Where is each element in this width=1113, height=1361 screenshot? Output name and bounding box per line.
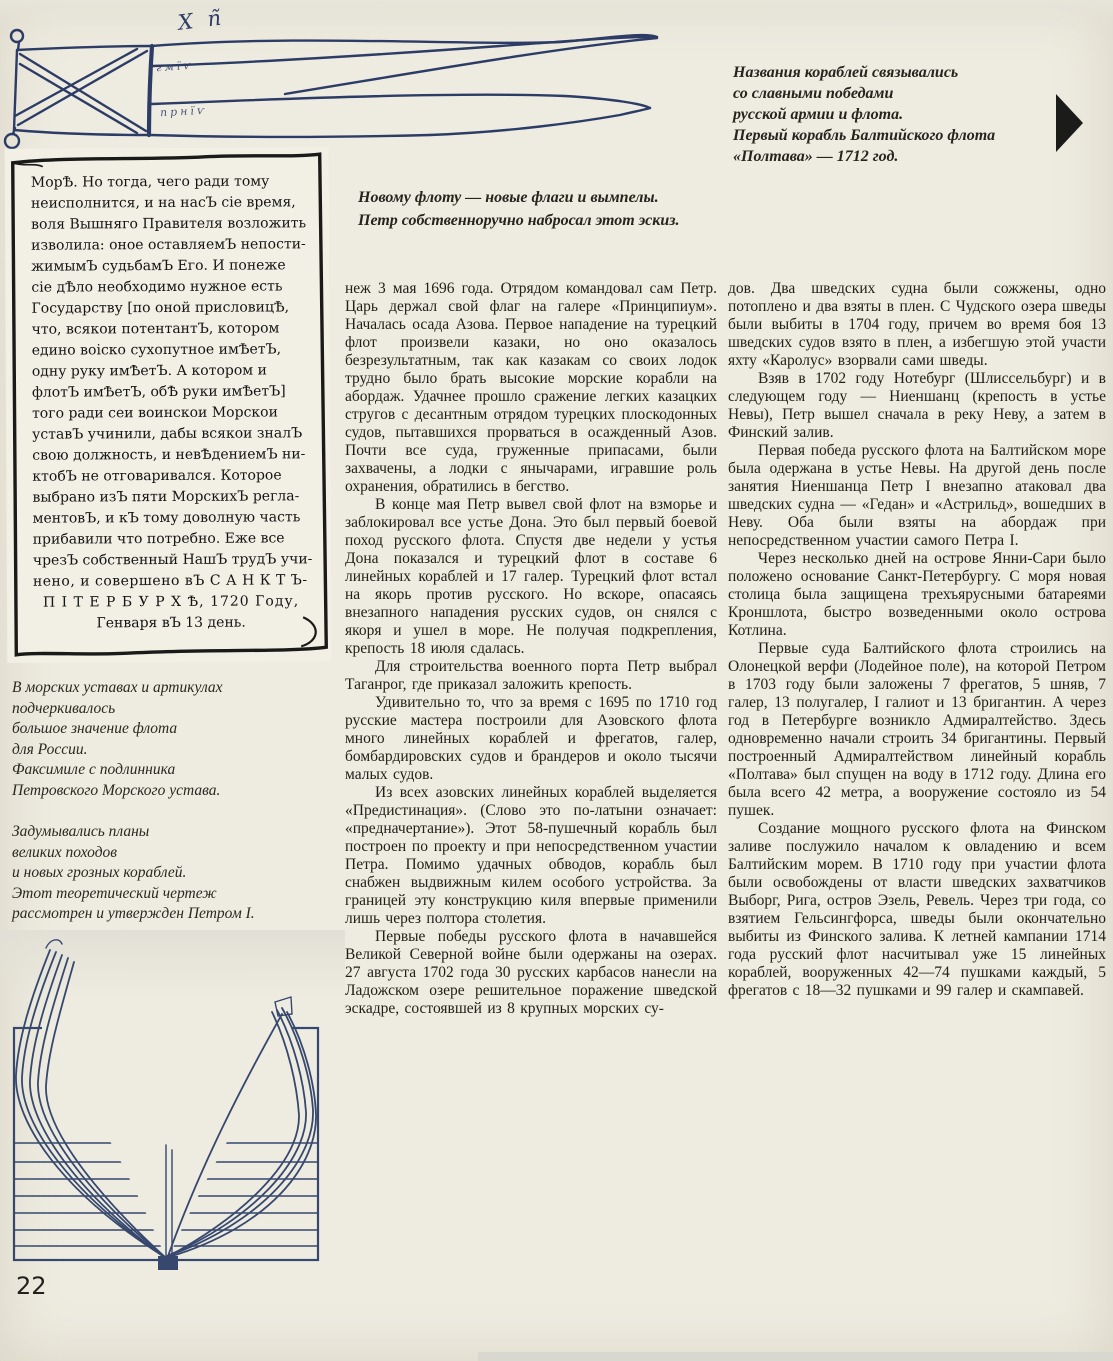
pc-line: русской армии и флота. xyxy=(733,104,1063,125)
ms-line: изволила: оное оставляемЪ непости- xyxy=(31,234,307,256)
sketch-caption: Новому флоту — новые флаги и вымпелы.Пет… xyxy=(358,186,788,232)
sketch-handwriting-lower: прнїѵ xyxy=(160,104,208,119)
ms-line: МорѢ. Но тогда, чего ради тому xyxy=(31,171,307,193)
sc-line: Новому флоту — новые флаги и вымпелы. xyxy=(358,186,788,209)
para: Взяв в 1702 году Нотебург (Шлиссельбург)… xyxy=(728,370,1106,442)
lc-line: Петровского Морского устава. xyxy=(12,781,347,802)
para: Удивительно то, что за время с 1695 по 1… xyxy=(345,694,717,784)
scan-edge-strip xyxy=(478,1352,1113,1361)
lc-line: рассмотрен и утвержден Петром I. xyxy=(12,904,347,925)
para: дов. Два шведских судна были сожжены, од… xyxy=(728,280,1106,370)
lc-line: и новых грозных кораблей. xyxy=(12,863,347,884)
facsimile-caption: В морских уставах и артикулахподчеркивал… xyxy=(12,678,347,801)
ms-line: выбрано изЪ пяти МорскихЪ регла- xyxy=(32,486,308,508)
manuscript-text: МорѢ. Но тогда, чего ради томунеисполнит… xyxy=(31,171,309,634)
para: Через несколько дней на острове Янни-Сар… xyxy=(728,550,1106,640)
ms-line: ктобЪ не отговаривался. Которое xyxy=(32,465,308,487)
book-page: Х п̃ гмїѵ прнїѵ Названия кораблей связыв… xyxy=(0,0,1113,1361)
lc-line: великих походов xyxy=(12,843,347,864)
pc-line: «Полтава» — 1712 год. xyxy=(733,146,1063,167)
para: неж 3 мая 1696 года. Отрядом командовал … xyxy=(345,280,717,496)
sketch-handwriting-upper: гмїѵ xyxy=(156,59,194,75)
ms-line: одну руку имѢетЪ. А котором и xyxy=(32,360,308,382)
ms-line: неисполнится, и на насЪ сіе время, xyxy=(31,192,307,214)
ms-line: уставЪ учинили, дабы всякои зналЪ xyxy=(32,423,308,445)
ms-line: свою должность, и невѢдениемЪ ни- xyxy=(32,444,308,466)
ms-line: прибавили что потребно. Еже все xyxy=(33,528,309,550)
ms-line: что, всякои потентантЪ, котором xyxy=(32,318,308,340)
pennant-sketch-drawing xyxy=(0,4,670,172)
ms-line: воля Вышняго Правителя возложить xyxy=(31,213,307,235)
page-number: 22 xyxy=(16,1272,47,1300)
lc-line: Задумывались планы xyxy=(12,822,347,843)
ms-line: того ради сеи воинскои Морскои xyxy=(32,402,308,424)
ms-line: сіе дѢло необходимо нужное есть xyxy=(31,276,307,298)
para: Первые суда Балтийского флота строились … xyxy=(728,640,1106,820)
ms-line: нено, и совершено вЪ С А Н К Т Ъ- xyxy=(33,570,309,592)
para: Создание мощного русского флота на Финск… xyxy=(728,820,1106,1000)
drawing-caption: Задумывались планывеликих походови новых… xyxy=(12,822,347,925)
ms-line: едино воіско сухопутное имѢетЪ, xyxy=(32,339,308,361)
text-column-right: дов. Два шведских судна были сожжены, од… xyxy=(728,280,1106,1310)
pc-line: Первый корабль Балтийского флота xyxy=(733,125,1063,146)
ms-line: ментовЪ, и кЪ тому доволную часть xyxy=(33,507,309,529)
manuscript-facsimile: МорѢ. Но тогда, чего ради томунеисполнит… xyxy=(5,147,332,663)
para: В конце мая Петр вывел свой флот на взмо… xyxy=(345,496,717,658)
ms-line: Государству [по оной присловицѢ, xyxy=(31,297,307,319)
next-page-triangle-icon xyxy=(1056,94,1083,152)
lc-line: Этот теоретический чертеж xyxy=(12,884,347,905)
pc-line: со славными победами xyxy=(733,83,1063,104)
photo-caption: Названия кораблей связывалисьсо славными… xyxy=(733,62,1063,167)
ms-line: жимымЪ судьбамЪ Его. И понеже xyxy=(31,255,307,277)
sc-line: Петр собственноручно набросал этот эскиз… xyxy=(358,209,788,232)
ms-line: П І Т Е Р Б У Р Х Ѣ, 1720 Году, xyxy=(33,591,309,613)
para: Первые победы русского флота в начавшейс… xyxy=(345,928,717,1018)
lc-line: для России. xyxy=(12,740,347,761)
lc-line: Факсимиле с подлинника xyxy=(12,760,347,781)
ms-line: чрезЪ собственный НашЪ трудЪ учи- xyxy=(33,549,309,571)
para: Первая победа русского флота на Балтийск… xyxy=(728,442,1106,550)
pc-line: Названия кораблей связывались xyxy=(733,62,1063,83)
lc-line: В морских уставах и артикулах xyxy=(12,678,347,699)
text-column-left: неж 3 мая 1696 года. Отрядом командовал … xyxy=(345,280,717,1310)
lc-line: подчеркивалось xyxy=(12,699,347,720)
lc-line: большое значение флота xyxy=(12,719,347,740)
ms-line: Генваря вЪ 13 день. xyxy=(33,612,309,634)
ms-line: флотЪ имѢетЪ, обѢ руки имѢетЪ] xyxy=(32,381,308,403)
hull-lines-drawing xyxy=(0,930,340,1282)
para: Из всех азовских линейных кораблей выдел… xyxy=(345,784,717,928)
para: Для строительства военного порта Петр вы… xyxy=(345,658,717,694)
